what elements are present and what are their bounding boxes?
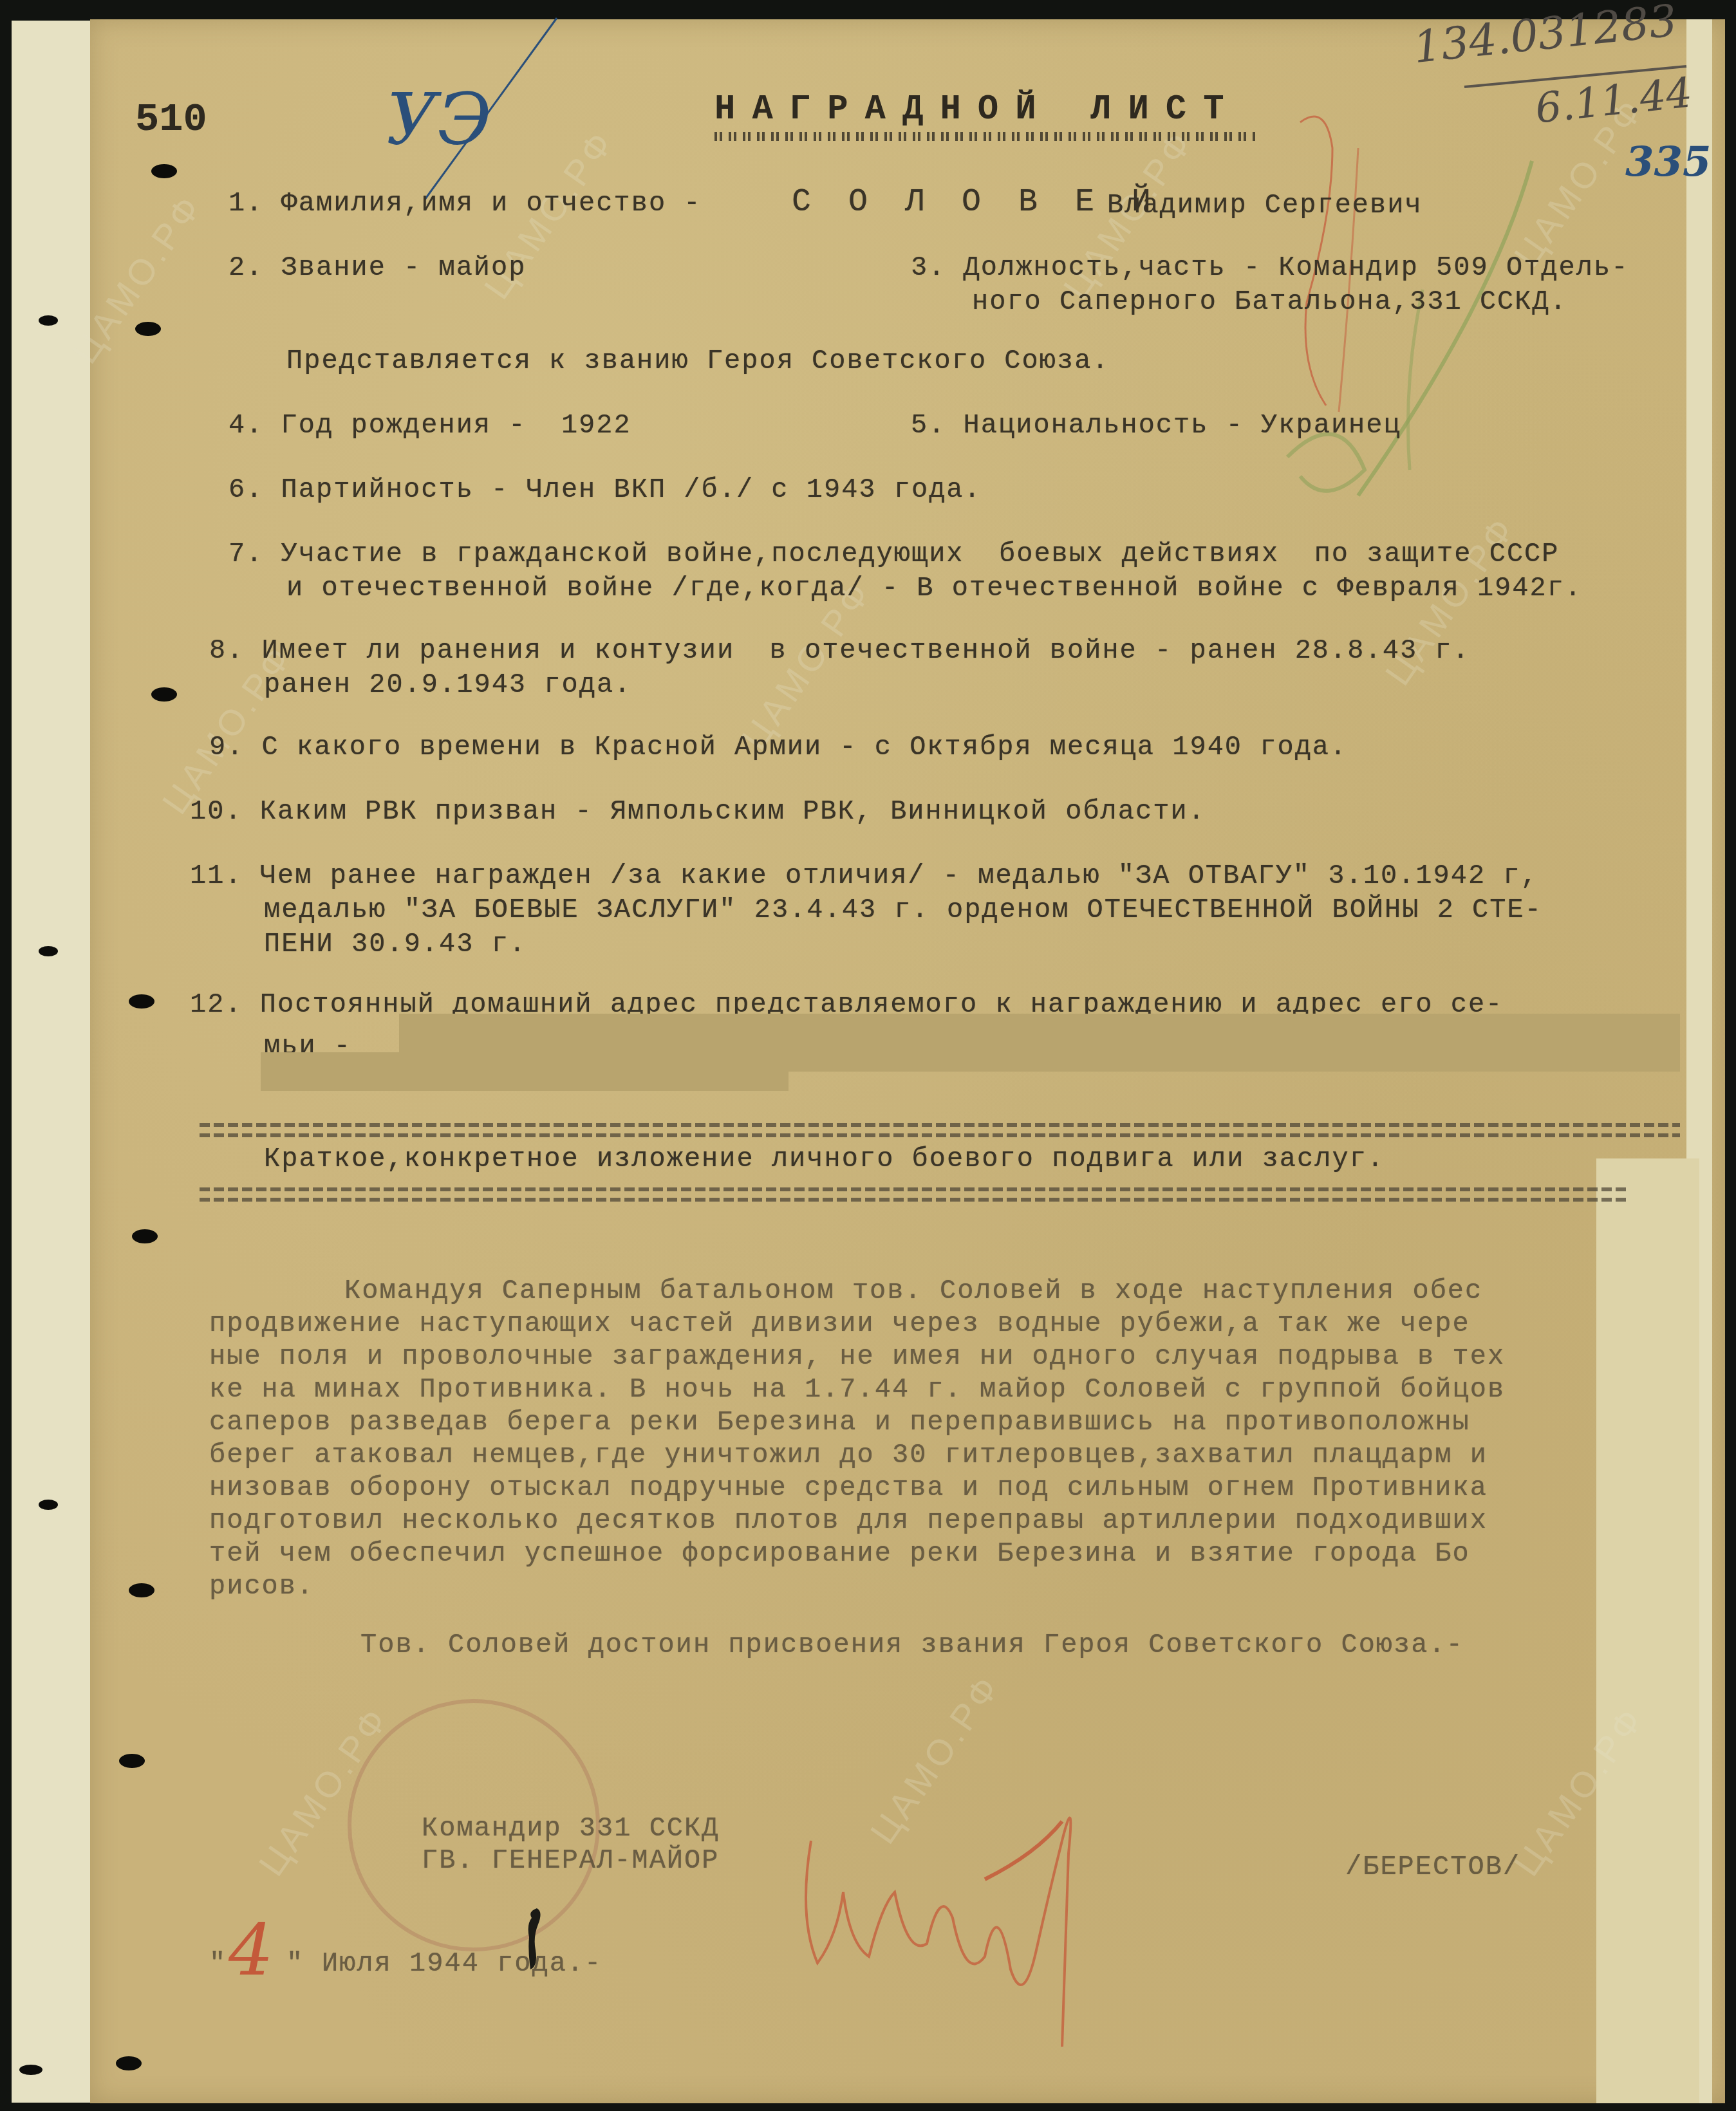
binding-hole	[119, 1754, 145, 1768]
field-11-line1: 11. Чем ранее награжден /за какие отличи…	[190, 862, 1538, 889]
narrative-line: рисов.	[209, 1573, 314, 1600]
signer-title-line2: ГВ. ГЕНЕРАЛ-МАЙОР	[422, 1847, 719, 1874]
binding-hole	[151, 164, 177, 178]
narrative-line: берег атаковал немцев,где уничтожил до 3…	[209, 1442, 1488, 1469]
binding-hole	[135, 322, 161, 336]
archive-page-number: 335	[1625, 142, 1712, 183]
binding-hole	[116, 2056, 142, 2070]
sheet-number: 510	[135, 97, 207, 142]
field-3-position-line1: 3. Должность,часть - Командир 509 Отдель…	[911, 254, 1629, 281]
field-11-line3: ПЕНИ 30.9.43 г.	[264, 931, 527, 958]
narrative-line: ные поля и проволочные заграждения, не и…	[209, 1343, 1505, 1370]
nomination-line: Представляется к званию Героя Советского…	[286, 348, 1110, 375]
signer-title-line1: Командир 331 ССКД	[422, 1815, 719, 1842]
date-close-quote: "	[286, 1950, 304, 1977]
conclusion-line: Тов. Соловей достоин присвоения звания Г…	[360, 1632, 1464, 1659]
field-2-rank: 2. Звание - майор	[229, 254, 526, 281]
binding-hole	[39, 315, 58, 326]
binding-hole	[39, 1500, 58, 1510]
separator-line	[200, 1187, 1629, 1202]
ink-blot	[521, 1905, 547, 1976]
redacted-address	[261, 1052, 789, 1091]
red-pencil-signature	[792, 1789, 1191, 2060]
field-11-line2: медалью "ЗА БОЕВЫЕ ЗАСЛУГИ" 23.4.43 г. о…	[264, 897, 1542, 924]
field-7-line1: 7. Участие в гражданской войне,последующ…	[229, 541, 1560, 568]
separator-line	[200, 1123, 1680, 1137]
field-1-name: Владимир Сергеевич	[1107, 192, 1423, 219]
narrative-line: саперов разведав берега реки Березина и …	[209, 1409, 1470, 1436]
narrative-line: Командуя Саперным батальоном тов. Солове…	[344, 1278, 1482, 1305]
title-underline	[714, 132, 1255, 141]
field-10-draft-office: 10. Каким РВК призван - Ямпольским РВК, …	[190, 798, 1206, 825]
field-9-service-since: 9. С какого времени в Красной Армии - с …	[209, 734, 1347, 761]
field-8-line2: ранен 20.9.1943 года.	[264, 671, 631, 698]
signer-name: /БЕРЕСТОВ/	[1345, 1854, 1520, 1881]
date-month-year: Июля 1944 года.-	[322, 1950, 602, 1977]
binding-hole	[129, 994, 154, 1009]
field-3-position-line2: ного Саперного Батальона,331 ССКД.	[972, 288, 1567, 315]
binding-hole	[129, 1583, 154, 1597]
blue-pencil-stroke	[412, 13, 566, 206]
narrative-line: ке на минах Противника. В ночь на 1.7.44…	[209, 1376, 1505, 1403]
section-heading: Краткое,конкретное изложение личного бое…	[264, 1146, 1385, 1173]
field-5-nationality: 5. Национальность - Украинец	[911, 412, 1401, 439]
field-4-birth-year: 4. Год рождения - 1922	[229, 412, 631, 439]
binding-hole	[151, 687, 177, 702]
binding-hole	[132, 1229, 158, 1243]
narrative-line: продвижение наступающих частей дивизии ч…	[209, 1310, 1470, 1337]
date-open-quote: "	[209, 1950, 227, 1977]
field-1-surname: С О Л О В Е Й	[792, 187, 1160, 219]
field-6-party: 6. Партийность - Член ВКП /б./ с 1943 го…	[229, 476, 982, 503]
narrative-line: подготовил несколько десятков плотов для…	[209, 1507, 1488, 1534]
date-day-handwritten: 4	[229, 1915, 274, 1985]
torn-paper-patch	[1596, 1158, 1699, 2103]
binding-hole	[39, 946, 58, 956]
document-title: НАГРАДНОЙ ЛИСТ	[714, 90, 1241, 129]
field-8-line1: 8. Имеет ли ранения и контузии в отечест…	[209, 637, 1470, 664]
field-7-line2: и отечественной войне /где,когда/ - В от…	[286, 575, 1582, 602]
narrative-line: низовав оборону отыскал подручные средст…	[209, 1474, 1488, 1502]
field-1-label: 1. Фамилия,имя и отчество -	[229, 190, 702, 217]
binding-hole	[19, 2065, 42, 2075]
narrative-line: тей чем обеспечил успешное форсирование …	[209, 1540, 1470, 1567]
